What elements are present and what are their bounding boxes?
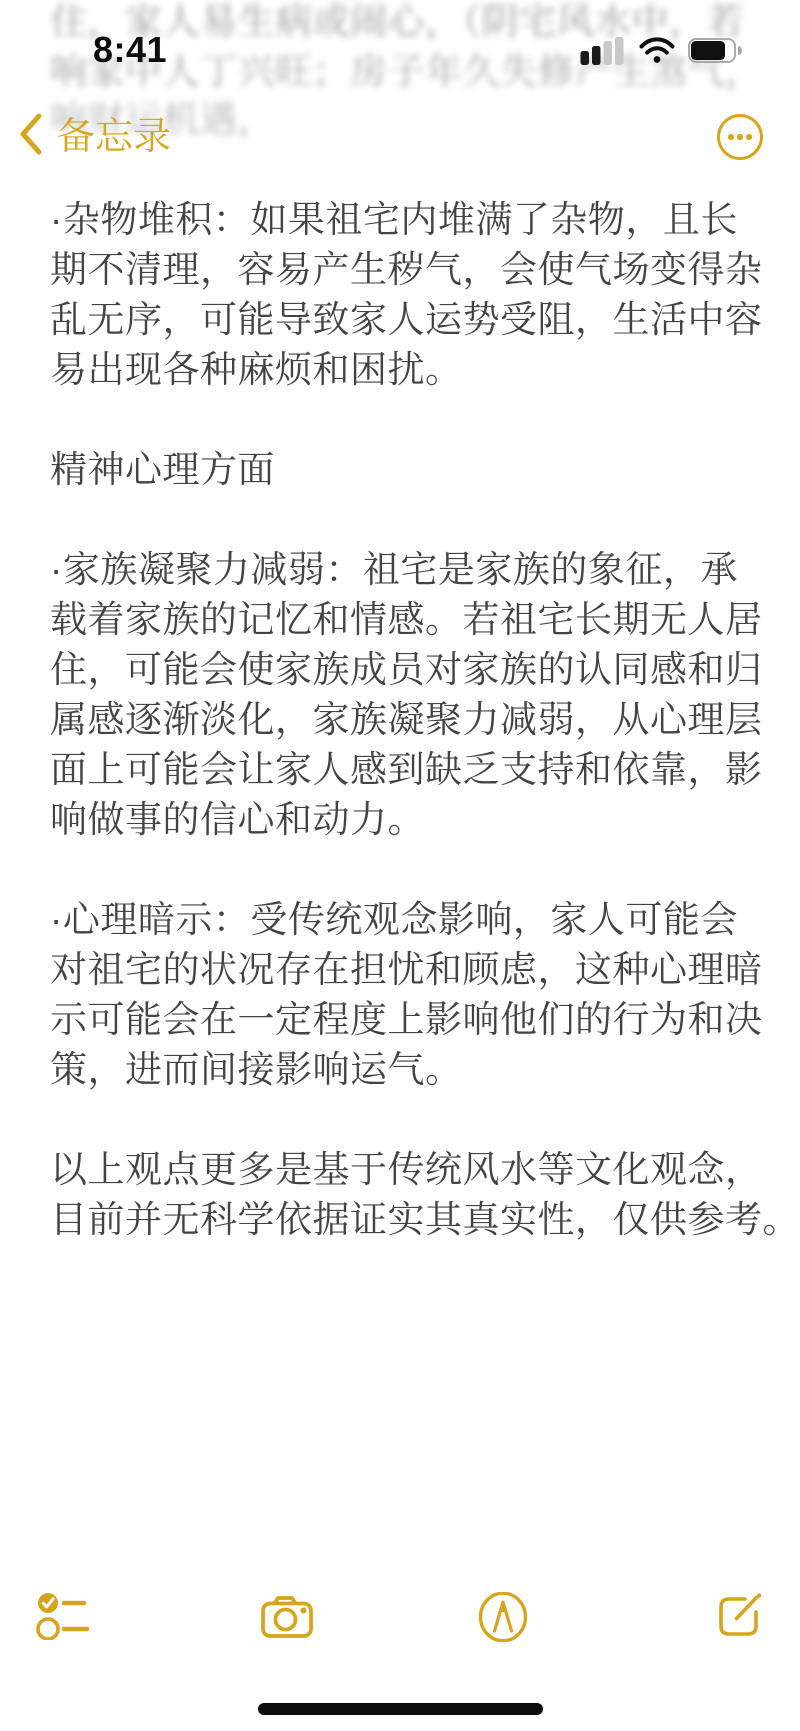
note-text-line: 目前并无科学依据证实其真实性，仅供参考。 bbox=[50, 1195, 765, 1245]
note-editor[interactable]: ·杂物堆积：如果祖宅内堆满了杂物，且长 期不清理，容易产生秽气，会使气场变得杂 … bbox=[50, 195, 765, 1295]
note-text-line: 住，可能会使家族成员对家族的认同感和归 bbox=[50, 645, 765, 695]
battery-icon bbox=[688, 38, 744, 63]
compose-button[interactable] bbox=[715, 1593, 762, 1643]
wifi-icon bbox=[639, 37, 675, 69]
markup-pen-circle-icon bbox=[478, 1630, 528, 1645]
note-text-line: 易出现各种麻烦和困扰。 bbox=[50, 345, 765, 395]
camera-button[interactable] bbox=[261, 1596, 313, 1641]
ellipsis-circle-icon bbox=[728, 134, 752, 140]
note-text-line: 示可能会在一定程度上影响他们的行为和决 bbox=[50, 995, 765, 1045]
note-text-line: 期不清理，容易产生秽气，会使气场变得杂 bbox=[50, 245, 765, 295]
note-text-line: 响做事的信心和动力。 bbox=[50, 795, 765, 845]
cellular-signal-icon bbox=[580, 37, 626, 70]
checklist-button[interactable] bbox=[36, 1592, 90, 1643]
note-section-heading: 精神心理方面 bbox=[50, 445, 765, 495]
home-indicator[interactable] bbox=[258, 1703, 543, 1715]
back-button-label: 备忘录 bbox=[57, 114, 171, 160]
back-to-notes-list-button[interactable]: 备忘录 bbox=[18, 112, 171, 161]
note-paragraph: ·杂物堆积：如果祖宅内堆满了杂物，且长 期不清理，容易产生秽气，会使气场变得杂 … bbox=[50, 195, 765, 395]
note-text-line: 面上可能会让家人感到缺乏支持和依靠，影 bbox=[50, 745, 765, 795]
checklist-icon bbox=[36, 1628, 90, 1643]
note-paragraph: ·心理暗示：受传统观念影响，家人可能会 对祖宅的状况存在担忧和顾虑，这种心理暗 … bbox=[50, 895, 765, 1095]
note-text-line: ·杂物堆积：如果祖宅内堆满了杂物，且长 bbox=[50, 195, 765, 245]
note-text-line: ·家族凝聚力减弱：祖宅是家族的象征，承 bbox=[50, 545, 765, 595]
note-heading-line: 精神心理方面 bbox=[50, 445, 765, 495]
clock-time: 8:41 bbox=[93, 29, 167, 71]
status-icons bbox=[580, 37, 744, 70]
note-text-line: 对祖宅的状况存在担忧和顾虑，这种心理暗 bbox=[50, 945, 765, 995]
notes-app-screen: 住，家人易生病或闹心，（阴宅风水中，若 响家中人丁兴旺；房子年久失修产生煞气， … bbox=[0, 0, 800, 1731]
note-paragraph: 以上观点更多是基于传统风水等文化观念， 目前并无科学依据证实其真实性，仅供参考。 bbox=[50, 1145, 765, 1245]
note-text-line: 以上观点更多是基于传统风水等文化观念， bbox=[50, 1145, 765, 1195]
note-paragraph: ·家族凝聚力减弱：祖宅是家族的象征，承 载着家族的记忆和情感。若祖宅长期无人居 … bbox=[50, 545, 765, 845]
compose-icon bbox=[715, 1628, 762, 1643]
camera-icon bbox=[261, 1626, 313, 1641]
note-text-line: 属感逐渐淡化，家族凝聚力减弱，从心理层 bbox=[50, 695, 765, 745]
note-text-line: ·心理暗示：受传统观念影响，家人可能会 bbox=[50, 895, 765, 945]
more-options-button[interactable] bbox=[717, 114, 763, 160]
note-text-line: 载着家族的记忆和情感。若祖宅长期无人居 bbox=[50, 595, 765, 645]
status-bar: 8:41 bbox=[0, 0, 800, 80]
markup-button[interactable] bbox=[478, 1592, 528, 1645]
note-text-line: 乱无序，可能导致家人运势受阻，生活中容 bbox=[50, 295, 765, 345]
note-text-line: 策，进而间接影响运气。 bbox=[50, 1045, 765, 1095]
chevron-left-icon bbox=[18, 112, 44, 161]
